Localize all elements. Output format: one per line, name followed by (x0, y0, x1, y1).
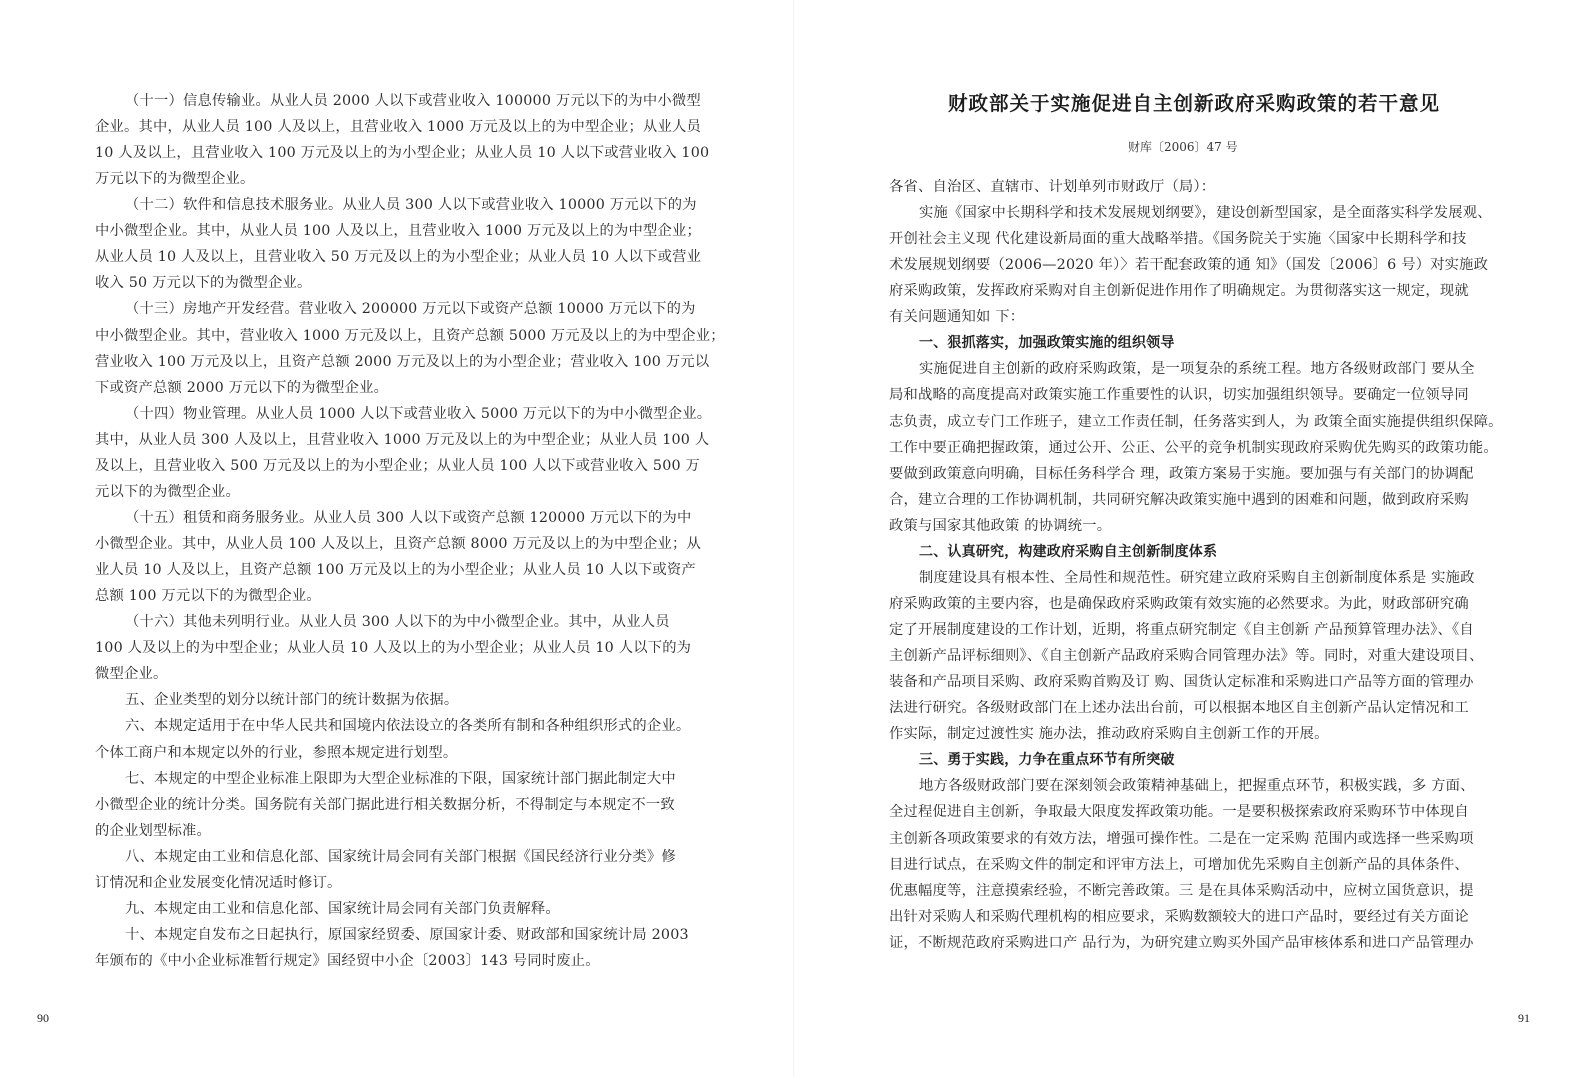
section-heading: 一、狠抓落实，加强政策实施的组织领导 (919, 330, 1175, 356)
right-page: 财政部关于实施促进自主创新政府采购政策的若干意见 财库〔2006〕47 号 91… (793, 0, 1587, 1077)
page-number-right: 91 (1518, 1011, 1530, 1026)
text-line: 个体工商户和本规定以外的行业，参照本规定进行划型。 (95, 740, 457, 766)
text-line: 微型企业。 (95, 661, 167, 687)
text-line: 要做到政策意向明确，目标任务科学合 理，政策方案易于实施。要加强与有关部门的协调… (889, 461, 1474, 487)
text-line: 万元以下的为微型企业。 (95, 166, 254, 192)
text-line: 小微型企业的统计分类。国务院有关部门据此进行相关数据分析，不得制定与本规定不一致 (95, 792, 675, 818)
left-page: 90 （十一）信息传输业。从业人员 2000 人以下或营业收入 100000 万… (0, 0, 793, 1077)
text-line: （十六）其他未列明行业。从业人员 300 人以下的为中小微型企业。其中，从业人员 (125, 609, 670, 635)
text-line: （十五）租赁和商务服务业。从业人员 300 人以下或资产总额 120000 万元… (125, 505, 692, 531)
text-line: 100 人及以上的为中型企业；从业人员 10 人及以上的为小型企业；从业人员 1… (95, 635, 691, 661)
text-line: 实施促进自主创新的政府采购政策，是一项复杂的系统工程。地方各级财政部门 要从全 (919, 356, 1475, 382)
text-line: （十四）物业管理。从业人员 1000 人以下或营业收入 5000 万元以下的为中… (125, 401, 711, 427)
text-line: 下或资产总额 2000 万元以下的为微型企业。 (95, 375, 388, 401)
text-line: 定了开展制度建设的工作计划，近期，将重点研究制定《自主创新 产品预算管理办法》、… (889, 617, 1474, 643)
text-line: 中小微型企业。其中，营业收入 1000 万元及以上，且资产总额 5000 万元及… (95, 323, 725, 349)
text-line: 制度建设具有根本性、全局性和规范性。研究建立政府采购自主创新制度体系是 实施政 (919, 565, 1475, 591)
text-line: 局和战略的高度提高对政策实施工作重要性的认识，切实加强组织领导。要确定一位领导同 (889, 382, 1469, 408)
text-line: 从业人员 10 人及以上，且营业收入 50 万元及以上的为小型企业；从业人员 1… (95, 244, 701, 270)
text-line: 装备和产品项目采购、政府采购首购及订 购、国货认定标准和采购进口产品等方面的管理… (889, 669, 1474, 695)
text-line: 主创新产品评标细则》、《自主创新产品政府采购合同管理办法》等。同时，对重大建设项… (889, 643, 1484, 669)
text-line: 开创社会主义现 代化建设新局面的重大战略举措。《国务院关于实施〈国家中长期科学和… (889, 226, 1466, 252)
text-line: 各省、自治区、直辖市、计划单列市财政厅（局）： (889, 174, 1215, 200)
section-heading: 三、勇于实践，力争在重点环节有所突破 (919, 747, 1175, 773)
text-line: 的企业划型标准。 (95, 818, 211, 844)
text-line: 有关问题通知如 下： (889, 304, 1024, 330)
text-line: 营业收入 100 万元及以上，且资产总额 2000 万元及以上的为小型企业；营业… (95, 349, 709, 375)
text-line: 企业。其中，从业人员 100 人及以上，且营业收入 1000 万元及以上的为中型… (95, 114, 701, 140)
text-line: 收入 50 万元以下的为微型企业。 (95, 270, 312, 296)
text-line: 府采购政策的主要内容，也是确保政府采购政策有效实施的必然要求。为此，财政部研究确 (889, 591, 1469, 617)
text-line: 六、本规定适用于在中华人民共和国境内依法设立的各类所有制和各种组织形式的企业。 (125, 713, 690, 739)
text-line: 中小微型企业。其中，从业人员 100 人及以上，且营业收入 1000 万元及以上… (95, 218, 701, 244)
text-line: 目进行试点，在采购文件的制定和评审方法上，可增加优先采购自主创新产品的具体条件、 (889, 852, 1469, 878)
text-line: 作实际，制定过渡性实 施办法，推动政府采购自主创新工作的开展。 (889, 721, 1329, 747)
text-line: 业人员 10 人及以上，且资产总额 100 万元及以上的为小型企业；从业人员 1… (95, 557, 696, 583)
text-line: 七、本规定的中型企业标准上限即为大型企业标准的下限，国家统计部门据此制定大中 (125, 766, 676, 792)
text-line: 订情况和企业发展变化情况适时修订。 (95, 870, 341, 896)
text-line: 10 人及以上，且营业收入 100 万元及以上的为小型企业；从业人员 10 人以… (95, 140, 709, 166)
text-line: 政策与国家其他政策 的协调统一。 (889, 513, 1111, 539)
text-line: 出针对采购人和采购代理机构的相应要求，采购数额较大的进口产品时，要经过有关方面论 (889, 904, 1469, 930)
text-line: 全过程促进自主创新，争取最大限度发挥政策功能。一是要积极探索政府采购环节中体现自 (889, 799, 1469, 825)
section-heading: 二、认真研究，构建政府采购自主创新制度体系 (919, 539, 1217, 565)
document-title: 财政部关于实施促进自主创新政府采购政策的若干意见 (948, 88, 1548, 116)
text-line: 证，不断规范政府采购进口产 品行为，为研究建立购买外国产品审核体系和进口产品管理… (889, 930, 1474, 956)
text-line: 术发展规划纲要（2006—2020 年）〉若干配套政策的通 知》（国发〔2006… (889, 252, 1488, 278)
text-line: 小微型企业。其中，从业人员 100 人及以上，且资产总额 8000 万元及以上的… (95, 531, 701, 557)
text-line: 及以上，且营业收入 500 万元及以上的为小型企业；从业人员 100 人以下或营… (95, 453, 700, 479)
text-line: （十二）软件和信息技术服务业。从业人员 300 人以下或营业收入 10000 万… (125, 192, 697, 218)
text-line: 总额 100 万元以下的为微型企业。 (95, 583, 321, 609)
page-number-left: 90 (37, 1011, 49, 1026)
text-line: 优惠幅度等，注意摸索经验，不断完善政策。三 是在具体采购活动中，应树立国货意识，… (889, 878, 1474, 904)
text-line: 五、企业类型的划分以统计部门的统计数据为依据。 (125, 687, 458, 713)
text-line: 合，建立合理的工作协调机制，共同研究解决政策实施中遇到的困难和问题，做到政府采购 (889, 487, 1469, 513)
text-line: （十一）信息传输业。从业人员 2000 人以下或营业收入 100000 万元以下… (125, 88, 701, 114)
text-line: 府采购政策，发挥政府采购对自主创新促进作用作了明确规定。为贯彻落实这一规定，现就 (889, 278, 1469, 304)
text-line: 工作中要正确把握政策，通过公开、公正、公平的竞争机制实现政府采购优先购买的政策功… (889, 435, 1498, 461)
text-line: 十、本规定自发布之日起执行，原国家经贸委、原国家计委、财政部和国家统计局 200… (125, 922, 689, 948)
text-line: 元以下的为微型企业。 (95, 479, 240, 505)
text-line: 志负责，成立专门工作班子，建立工作责任制，任务落实到人，为 政策全面实施提供组织… (889, 409, 1503, 435)
text-line: 九、本规定由工业和信息化部、国家统计局会同有关部门负责解释。 (125, 896, 560, 922)
text-line: 主创新各项政策要求的有效方法，增强可操作性。二是在一定采购 范围内或选择一些采购… (889, 826, 1474, 852)
text-line: （十三）房地产开发经营。营业收入 200000 万元以下或资产总额 10000 … (125, 296, 696, 322)
text-line: 地方各级财政部门要在深刻领会政策精神基础上，把握重点环节，积极实践，多 方面、 (919, 773, 1475, 799)
text-line: 八、本规定由工业和信息化部、国家统计局会同有关部门根据《国民经济行业分类》修 (125, 844, 676, 870)
text-line: 实施《国家中长期科学和技术发展规划纲要》，建设创新型国家，是全面落实科学发展观、 (919, 200, 1492, 226)
text-line: 其中，从业人员 300 人及以上，且营业收入 1000 万元及以上的为中型企业；… (95, 427, 709, 453)
text-line: 年颁布的《中小企业标准暂行规定》国经贸中小企〔2003〕143 号同时废止。 (95, 948, 600, 974)
text-line: 法进行研究。各级财政部门在上述办法出台前，可以根据本地区自主创新产品认定情况和工 (889, 695, 1469, 721)
document-number: 财库〔2006〕47 号 (1128, 138, 1238, 155)
